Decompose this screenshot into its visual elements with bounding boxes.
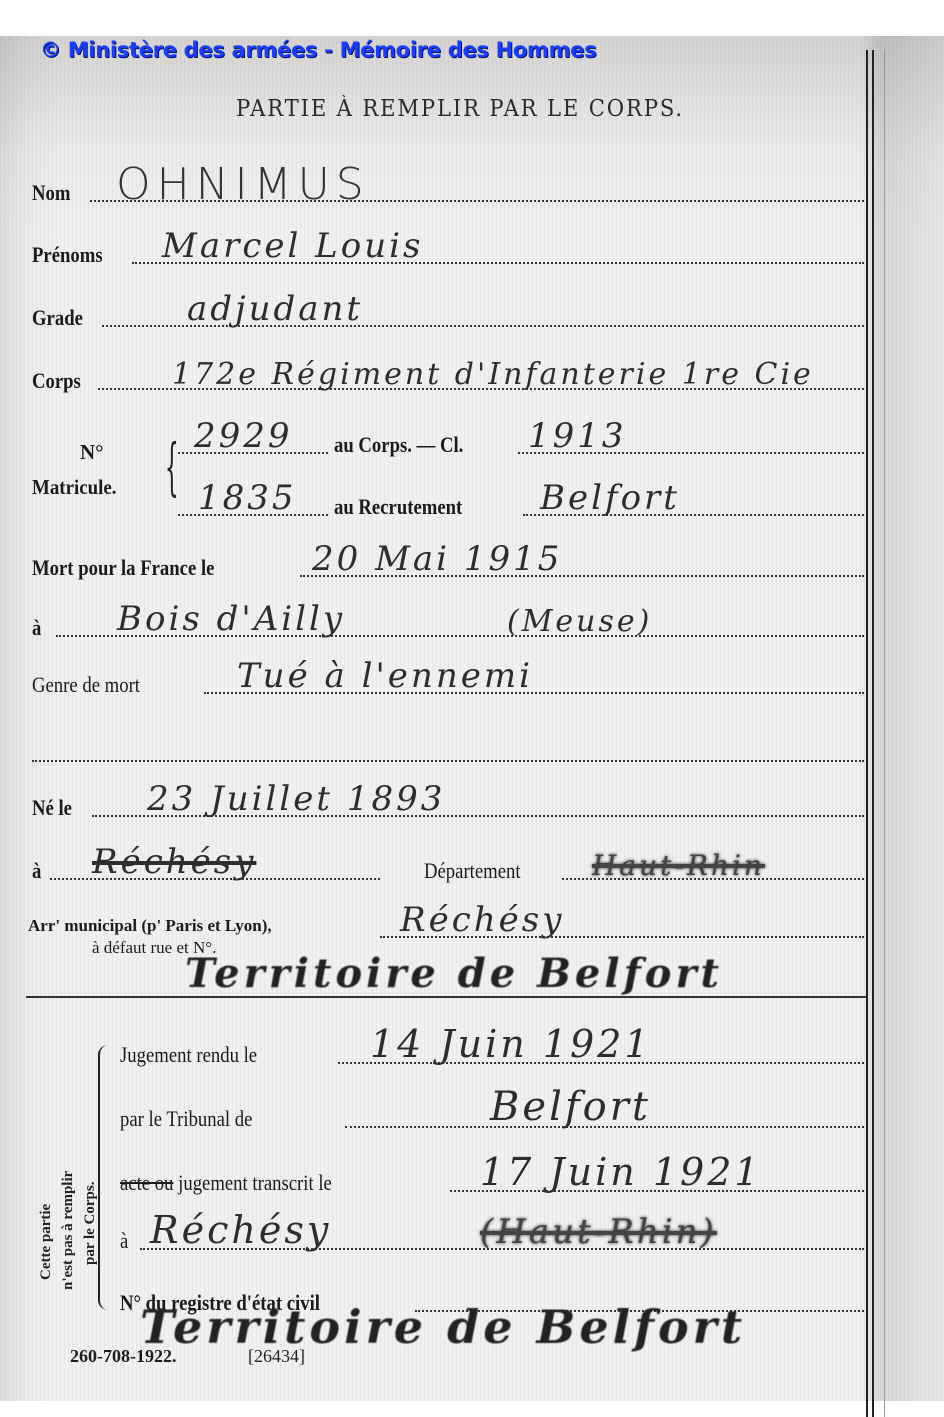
jugement-lieu-struck: (Haut-Rhin) — [480, 1212, 717, 1252]
field-genre-mort: Genre de mort Tué à l'ennemi — [32, 662, 864, 702]
genre-mort-label: Genre de mort — [32, 672, 140, 698]
prenoms-label: Prénoms — [32, 242, 103, 268]
field-tribunal: par le Tribunal de Belfort — [120, 1096, 864, 1136]
frame-rule — [866, 50, 868, 1417]
jugement-lieu-label: à — [120, 1228, 128, 1254]
field-jugement-lieu: à Réchésy (Haut-Rhin) — [120, 1218, 864, 1258]
field-prenoms: Prénoms Marcel Louis — [32, 232, 864, 272]
field-grade: Grade adjudant — [32, 295, 864, 335]
transcrit-value: 17 Juin 1921 — [480, 1150, 762, 1194]
nom-label: Nom — [32, 180, 70, 206]
mort-date-value: 20 Mai 1915 — [312, 539, 562, 579]
field-mort-date: Mort pour la France le 20 Mai 1915 — [32, 545, 864, 585]
form-title: PARTIE À REMPLIR PAR LE CORPS. — [37, 96, 883, 122]
arrondissement-label: Arr' municipal (p' Paris et Lyon), — [28, 916, 272, 936]
classe-value: 1913 — [528, 416, 627, 456]
ne-le-value: 23 Juillet 1893 — [147, 779, 445, 819]
side-note-line: Cette partie — [38, 1204, 55, 1280]
matricule-recrutement-number: 1835 — [198, 478, 297, 518]
side-note-line: par le Corps. — [82, 1182, 99, 1265]
mort-lieu-annotation: (Meuse) — [507, 604, 652, 639]
nom-value: OHNIMUS — [116, 159, 370, 210]
transcrit-label: acte ou jugement transcrit le — [120, 1170, 332, 1196]
arrondissement-correction: Territoire de Belfort — [185, 950, 723, 997]
recrutement-place: Belfort — [540, 478, 680, 518]
field-jugement-rendu: Jugement rendu le 14 Juin 1921 — [120, 1032, 864, 1072]
departement-label: Département — [424, 858, 521, 884]
mort-lieu-label: à — [32, 615, 41, 641]
field-transcrit: acte ou jugement transcrit le 17 Juin 19… — [120, 1160, 864, 1200]
prenoms-value: Marcel Louis — [162, 226, 423, 266]
ne-le-label: Né le — [32, 795, 72, 821]
field-ne-le: Né le 23 Juillet 1893 — [32, 785, 864, 825]
field-mort-lieu: à Bois d'Ailly (Meuse) — [32, 605, 864, 645]
corps-label-inline: au Corps. — Cl. — [334, 432, 463, 458]
matricule-label: Matricule. — [32, 475, 116, 500]
genre-mort-value: Tué à l'ennemi — [237, 656, 533, 696]
tribunal-label: par le Tribunal de — [120, 1106, 252, 1132]
corps-label: Corps — [32, 368, 81, 394]
print-code: 260-708-1922. — [70, 1346, 177, 1367]
matricule-corps-row: 2929 au Corps. — Cl. 1913 — [178, 422, 864, 462]
matricule-label-no: N° — [80, 440, 104, 465]
field-ne-a: à Réchésy Département Haut-Rhin — [32, 848, 864, 888]
blank-line — [32, 730, 864, 770]
dotted-line — [32, 760, 864, 762]
jugement-rendu-value: 14 Juin 1921 — [370, 1022, 652, 1066]
side-note: Cette partie n'est pas à remplir par le … — [20, 1080, 120, 1280]
frame-rule — [884, 50, 885, 1417]
field-arrondissement: Réchésy — [380, 906, 864, 946]
bracket-code: [26434] — [248, 1346, 305, 1367]
section-divider — [26, 996, 866, 998]
matricule-corps-number: 2929 — [194, 416, 293, 456]
grade-label: Grade — [32, 305, 83, 331]
registre-correction: Territoire de Belfort — [140, 1300, 746, 1354]
side-note-line: n'est pas à remplir — [60, 1171, 77, 1290]
tribunal-value: Belfort — [490, 1084, 651, 1130]
field-nom: Nom OHNIMUS — [32, 170, 864, 210]
jugement-rendu-label: Jugement rendu le — [120, 1042, 257, 1068]
brace: { — [165, 430, 179, 503]
recrutement-label: au Recrutement — [334, 494, 462, 520]
mort-date-label: Mort pour la France le — [32, 555, 214, 581]
jugement-lieu-value: Réchésy — [150, 1208, 331, 1252]
field-corps: Corps 172e Régiment d'Infanterie 1re Cie — [32, 358, 864, 398]
departement-value-struck: Haut-Rhin — [592, 849, 765, 882]
mort-lieu-value: Bois d'Ailly — [117, 599, 345, 639]
matricule-recrutement-row: 1835 au Recrutement Belfort — [178, 484, 864, 524]
ne-a-label: à — [32, 858, 41, 884]
grade-value: adjudant — [187, 289, 363, 329]
transcrit-label-struck: acte ou — [120, 1170, 173, 1195]
ne-a-value: Réchésy — [92, 842, 256, 882]
corps-value: 172e Régiment d'Infanterie 1re Cie — [172, 357, 814, 392]
copyright-watermark: © Ministère des armées - Mémoire des Hom… — [40, 38, 596, 62]
frame-rule — [872, 50, 874, 1417]
arrondissement-value: Réchésy — [400, 900, 564, 940]
transcrit-label-text: jugement transcrit le — [178, 1170, 332, 1195]
